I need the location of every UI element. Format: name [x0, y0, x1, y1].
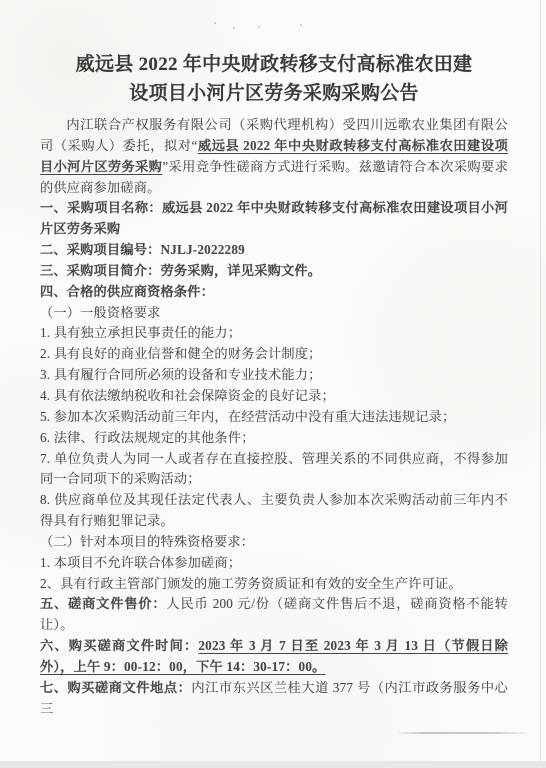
general-requirement-4: 4. 具有依法缴纳税收和社会保障资金的良好记录； [40, 386, 508, 407]
document-title: 威远县 2022 年中央财政转移支付高标准农田建设项目小河片区劳务采购采购公告 [68, 50, 480, 108]
scan-speck [214, 22, 216, 24]
text-run: 1. 本项目不允许联合体参加磋商； [40, 555, 241, 570]
intro-paragraph: 内江联合产权服务有限公司（采购代理机构）受四川远歌农业集团有限公司（采购人）委托… [40, 115, 508, 198]
general-requirement-8: 8. 供应商单位及其现任法定代表人、主要负责人参加本次采购活动前三年内不得具有行… [40, 490, 508, 532]
general-requirement-2: 2. 具有良好的商业信誉和健全的财务会计制度； [40, 344, 508, 365]
item-5-document-price: 五、磋商文件售价：人民币 200 元/份（磋商文件售后不退，磋商资格不能转让）。 [40, 594, 508, 636]
general-requirement-7: 7. 单位负责人为同一人或者存在直接控股、管理关系的不同供应商，不得参加同一合同… [40, 449, 508, 491]
item-4-supplier-qualification-conditions: 四、合格的供应商资格条件： [40, 282, 508, 303]
text-run: （二）针对本项目的特殊资格要求： [40, 534, 254, 549]
text-run: （一）一般资格要求 [40, 305, 161, 320]
text-run: 6. 法律、行政法规规定的其他条件； [40, 430, 255, 445]
text-run: 8. 供应商单位及其现任法定代表人、主要负责人参加本次采购活动前三年内不得具有行… [40, 492, 508, 528]
scan-bottom-edge [0, 761, 546, 768]
general-requirements-heading: （一）一般资格要求 [40, 303, 508, 324]
scanned-page: 威远县 2022 年中央财政转移支付高标准农田建设项目小河片区劳务采购采购公告 … [0, 0, 546, 761]
text-run: 六、购买磋商文件时间： [40, 638, 198, 653]
text-run: 5. 参加本次采购活动前三年内，在经营活动中没有重大违法违规记录； [40, 409, 455, 424]
text-run: 1. 具有独立承担民事责任的能力； [40, 325, 241, 340]
item-1-project-name: 一、采购项目名称：威远县 2022 年中央财政转移支付高标准农田建设项目小河片区… [40, 198, 508, 240]
text-run: 五、磋商文件售价： [40, 596, 166, 611]
general-requirement-5: 5. 参加本次采购活动前三年内，在经营活动中没有重大违法违规记录； [40, 407, 508, 428]
text-run: 7. 单位负责人为同一人或者存在直接控股、管理关系的不同供应商，不得参加同一合同… [40, 451, 508, 487]
text-run: 二、采购项目编号：NJLJ-2022289 [40, 242, 245, 257]
scan-edge-line [540, 0, 541, 761]
general-requirement-6: 6. 法律、行政法规规定的其他条件； [40, 428, 508, 449]
special-requirements-heading: （二）针对本项目的特殊资格要求： [40, 532, 508, 553]
document-body: 内江联合产权服务有限公司（采购代理机构）受四川远歌农业集团有限公司（采购人）委托… [40, 115, 508, 719]
text-run: 4. 具有依法缴纳税收和社会保障资金的良好记录； [40, 388, 335, 403]
item-2-project-number: 二、采购项目编号：NJLJ-2022289 [40, 240, 508, 261]
text-run: 2. 具有良好的商业信誉和健全的财务会计制度； [40, 346, 322, 361]
special-requirement-2: 2、具有行政主管部门颁发的施工劳务资质证和有效的安全生产许可证。 [40, 574, 508, 595]
text-run: 3. 具有履行合同所必须的设备和专业技术能力； [40, 367, 322, 382]
scanned-document-view: 威远县 2022 年中央财政转移支付高标准农田建设项目小河片区劳务采购采购公告 … [0, 0, 546, 768]
item-7-document-purchase-location: 七、购买磋商文件地点：内江市东兴区兰桂大道 377 号（内江市政务服务中心三 [40, 678, 508, 720]
general-requirement-1: 1. 具有独立承担民事责任的能力； [40, 323, 508, 344]
text-run: 一、采购项目名称：威远县 2022 年中央财政转移支付高标准农田建设项目小河片区… [40, 200, 508, 236]
text-run: 三、采购项目简介：劳务采购，详见采购文件。 [40, 263, 321, 278]
text-run: 七、购买磋商文件地点： [40, 680, 191, 695]
special-requirement-1: 1. 本项目不允许联合体参加磋商； [40, 553, 508, 574]
text-run: 2、具有行政主管部门颁发的施工劳务资质证和有效的安全生产许可证。 [40, 576, 462, 591]
text-run: 四、合格的供应商资格条件： [40, 284, 214, 299]
item-6-document-purchase-time: 六、购买磋商文件时间：2023 年 3 月 7 日至 2023 年 3 月 13… [40, 636, 508, 678]
scan-speck [300, 24, 302, 26]
scan-artifact-line [398, 732, 528, 734]
general-requirement-3: 3. 具有履行合同所必须的设备和专业技术能力； [40, 365, 508, 386]
item-3-project-brief: 三、采购项目简介：劳务采购，详见采购文件。 [40, 261, 508, 282]
document-content: 威远县 2022 年中央财政转移支付高标准农田建设项目小河片区劳务采购采购公告 … [40, 50, 508, 719]
scan-speck [233, 27, 235, 29]
scan-speck [258, 26, 260, 28]
